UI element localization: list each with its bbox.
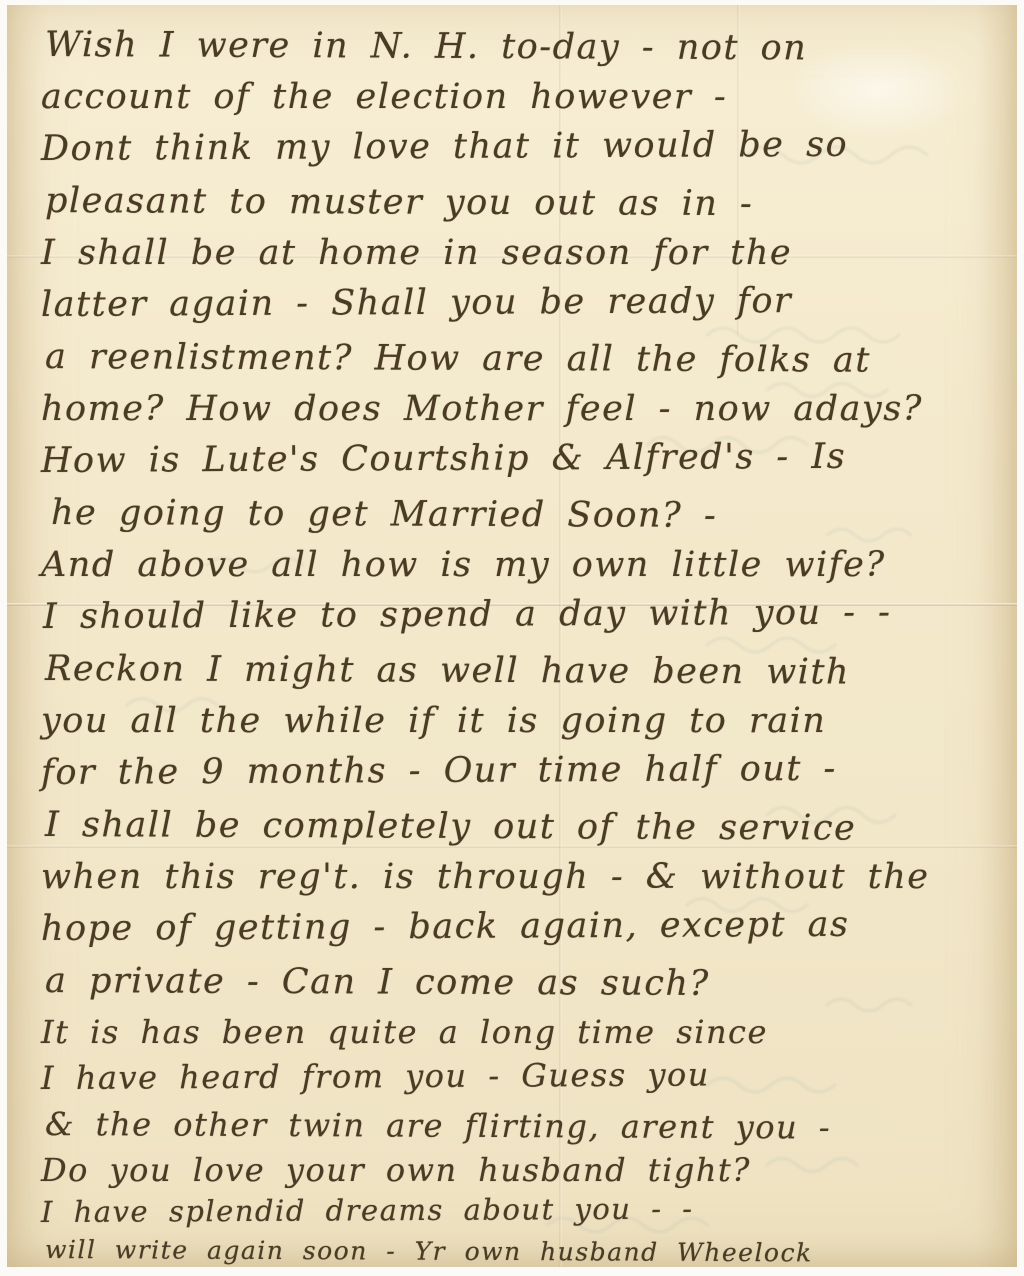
letter-line: you all the while if it is going to rain <box>41 701 1009 753</box>
letter-line: I shall be at home in season for the <box>41 233 1009 285</box>
letter-paper: Wish I were in N. H. to-day - not on acc… <box>7 5 1017 1267</box>
letter-line: a reenlistment? How are all the folks at <box>45 337 1009 393</box>
letter-line: Do you love your own husband tight? <box>41 1151 1009 1195</box>
letter-line: Reckon I might as well have been with <box>45 649 1009 705</box>
letter-line: account of the election however - <box>41 77 1009 129</box>
letter-line: latter again - Shall you be ready for <box>41 280 1009 337</box>
letter-line: & the other twin are flirting, arent you… <box>45 1105 1009 1155</box>
letter-line: I shall be completely out of the service <box>45 805 1009 861</box>
letter-line: a private - Can I come as such? <box>45 961 1009 1017</box>
letter-line: when this reg't. is through - & without … <box>41 857 1009 909</box>
letter-line: pleasant to muster you out as in - <box>45 181 1009 237</box>
letter-body-text: Wish I were in N. H. to-day - not on acc… <box>41 25 1009 1267</box>
letter-line-signature: will write again soon - Yr own husband W… <box>45 1235 1009 1267</box>
letter-line: I should like to spend a day with you - … <box>43 592 1009 649</box>
letter-line: he going to get Married Soon? - <box>51 493 1009 549</box>
letter-line: It is has been quite a long time since <box>41 1013 1009 1059</box>
letter-line: Dont think my love that it would be so <box>41 124 1009 181</box>
letter-line: Wish I were in N. H. to-day - not on <box>45 25 1009 81</box>
letter-line: I have heard from you - Guess you <box>41 1054 1009 1105</box>
letter-line: hope of getting - back again, except as <box>41 904 1009 961</box>
letter-line: And above all how is my own little wife? <box>41 545 1009 597</box>
letter-line: How is Lute's Courtship & Alfred's - Is <box>41 436 1009 493</box>
scanned-letter-image: Wish I were in N. H. to-day - not on acc… <box>0 0 1024 1276</box>
letter-line: home? How does Mother feel - now adays? <box>41 389 1009 441</box>
letter-line: for the 9 months - Our time half out - <box>41 748 1009 805</box>
letter-line: I have splendid dreams about you - - <box>41 1190 1009 1235</box>
